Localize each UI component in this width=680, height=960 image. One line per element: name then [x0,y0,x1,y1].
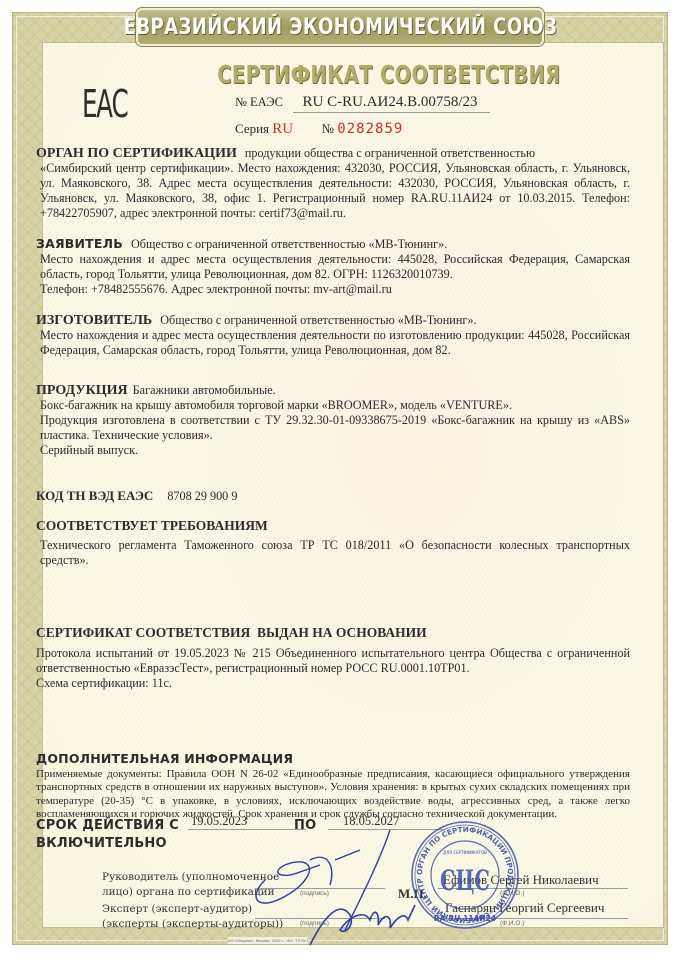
number-label: № [322,121,334,136]
union-title: ЕВРАЗИЙСКИЙ ЭКОНОМИЧЕСКИЙ СОЮЗ [123,15,557,40]
section-applicant: ЗАЯВИТЕЛЬОбщество с ограниченной ответст… [36,236,630,297]
registration-number-line: № ЕАЭС RU C-RU.АИ24.В.00758/23 [235,94,490,113]
section-manufacturer: ИЗГОТОВИТЕЛЬОбщество с ограниченной отве… [36,313,630,358]
product-spec: Продукция изготовлена в соответствии с Т… [36,413,630,443]
product-model: Бокс-багажник на крышу автомобиля торгов… [36,398,630,413]
hs-code-value: 8708 29 900 9 [167,489,237,503]
applicant-first-line: Общество с ограниченной ответственностью… [131,237,447,251]
certification-body-heading: ОРГАН ПО СЕРТИФИКАЦИИ [36,146,237,161]
validity-inclusive-label: ВКЛЮЧИТЕЛЬНО [36,836,167,851]
stamp-monogram: СЦС [440,864,490,897]
conforms-heading: СООТВЕТСТВУЕТ ТРЕБОВАНИЯМ [36,518,268,533]
product-heading: ПРОДУКЦИЯ [36,383,128,398]
applicant-text: Место нахождения и адрес места осуществл… [36,252,630,282]
basis-text: Протокола испытаний от 19.05.2023 № 215 … [36,646,630,676]
product-production-type: Серийный выпуск. [36,443,630,458]
section-product: ПРОДУКЦИЯБагажники автомобильные. Бокс-б… [36,383,630,458]
manufacturer-first-line: Общество с ограниченной ответственностью… [160,313,476,327]
manufacturer-text: Место нахождения и адрес места осуществл… [36,328,630,358]
certification-body-first-line: продукции общества с ограниченной ответс… [245,146,535,160]
eac-logo: ЕАС [82,82,127,126]
section-additional-info: ДОПОЛНИТЕЛЬНАЯ ИНФОРМАЦИЯ Применяемые до… [36,752,630,822]
additional-heading: ДОПОЛНИТЕЛЬНАЯ ИНФОРМАЦИЯ [36,751,293,766]
certificate-title: СЕРТИФИКАТ СООТВЕТСТВИЯ [217,60,467,89]
series-value: RU [272,121,293,137]
certification-stamp: ОРГАН ПО СЕРТИФИКАЦИИ ПРОДУКЦИИ «СИМБИРС… [410,820,520,930]
reg-label: № ЕАЭС [235,95,283,109]
basis-heading: СЕРТИФИКАТ СООТВЕТСТВИЯ ВЫДАН НА ОСНОВАН… [36,625,427,640]
union-banner: ЕВРАЗИЙСКИЙ ЭКОНОМИЧЕСКИЙ СОЮЗ [136,8,544,46]
basis-scheme: Схема сертификации: 11с. [36,676,630,691]
reg-number: RU C-RU.АИ24.В.00758/23 [293,94,490,113]
series-line: Серия RU № 0282859 [235,121,403,138]
section-conforms: СООТВЕТСТВУЕТ ТРЕБОВАНИЯМ Технического р… [36,518,630,568]
series-label: Серия [235,121,269,136]
validity-from-label: СРОК ДЕЙСТВИЯ С [36,818,179,833]
section-basis: СЕРТИФИКАТ СООТВЕТСТВИЯ ВЫДАН НА ОСНОВАН… [36,625,630,691]
hs-code-heading: КОД ТН ВЭД ЕАЭС [36,488,153,503]
manufacturer-heading: ИЗГОТОВИТЕЛЬ [36,313,152,328]
product-first-line: Багажники автомобильные. [133,383,276,397]
conforms-text: Технического регламента Таможенного союз… [36,538,630,568]
stamp-registration: RA.RU.11АИ24 [434,914,496,923]
certification-body-text: «Симбирский центр сертификации». Место н… [36,161,630,221]
form-number: 0282859 [337,121,403,137]
applicant-contacts: Телефон: +78482555676. Адрес электронной… [36,282,630,297]
printer-imprint: АО «Опцион», Москва, 2020 г., «Б», ТЗ № … [228,937,308,944]
applicant-heading: ЗАЯВИТЕЛЬ [36,236,123,251]
stamp-inner-text: ДЛЯ СЕРТИФИКАТОВ [443,850,487,855]
section-hs-code: КОД ТН ВЭД ЕАЭС8708 29 900 9 [36,488,630,504]
section-certification-body: ОРГАН ПО СЕРТИФИКАЦИИпродукции общества … [36,146,630,221]
